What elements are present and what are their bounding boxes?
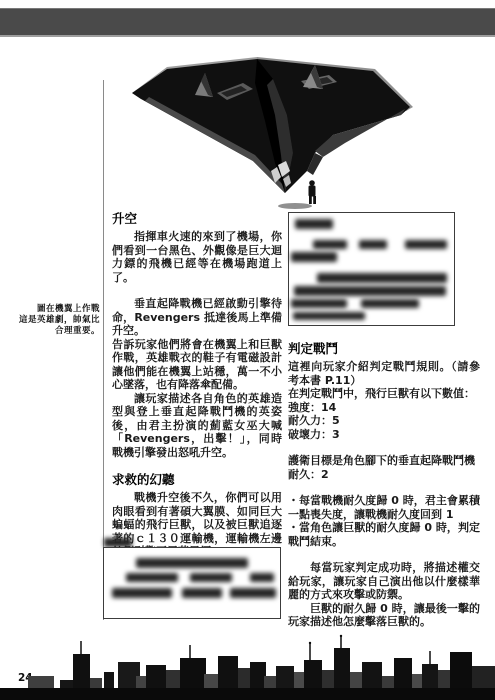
margin-caption-line: 合理重要。 <box>4 326 100 337</box>
stealth-bomber-illustration <box>105 45 475 210</box>
paragraph: 指揮車火速的來到了機場，你們看到一台黑色、外觀像是巨大迴力鏢的飛機已經等在機場跑… <box>112 230 282 284</box>
paragraph: 讓玩家描述各自角色的英雄造型與登上垂直起降戰鬥機的英姿後，由君主扮演的薊藍女巫大… <box>112 392 282 460</box>
person-leg <box>313 196 316 204</box>
paragraph: 告訴玩家他們將會在機翼上和巨獸作戰，英雄戰衣的鞋子有電磁設計讓他們能在機翼上站穩… <box>112 338 282 392</box>
paragraph: 護衛目標是角色腳下的垂直起降戰鬥機 <box>288 454 480 468</box>
section-heading-combat: 判定戰鬥 <box>288 341 480 357</box>
stat-line: 耐久：2 <box>288 468 480 482</box>
stat-line: 耐久力：5 <box>288 414 480 428</box>
redacted-box-top <box>288 212 455 326</box>
stat-line: 破壞力：3 <box>288 428 480 442</box>
chapter-banner <box>0 8 495 37</box>
margin-caption-line: 圖在機翼上作戰 <box>4 304 100 315</box>
redacted-text <box>104 538 132 547</box>
city-skyline-illustration <box>0 632 495 700</box>
paragraph: 這裡向玩家介紹判定戰鬥規則。（請參考本書 P.11） <box>288 360 480 387</box>
redacted-text <box>190 573 232 582</box>
margin-caption: 圖在機翼上作戰 這是英雄劇，帥氣比 合理重要。 <box>4 304 100 337</box>
redacted-text <box>291 252 337 262</box>
right-column: 判定戰鬥 這裡向玩家介紹判定戰鬥規則。（請參考本書 P.11） 在判定戰鬥中，飛… <box>288 341 480 629</box>
bullet-item: ・每當戰機耐久度歸 0 時，君主會累積一點喪失度，讓戰機耐久度回到 1 <box>288 494 480 521</box>
redacted-text <box>136 558 248 568</box>
bullet-item: ・當角色讓巨獸的耐久度歸 0 時，判定戰鬥結束。 <box>288 521 480 548</box>
redacted-text <box>313 240 347 249</box>
redacted-text <box>182 588 222 598</box>
section-heading-distress: 求救的幻聽 <box>112 472 282 488</box>
redacted-text <box>293 312 365 320</box>
book-page: 圖在機翼上作戰 這是英雄劇，帥氣比 合理重要。 升空 指揮車火速的來到了機場，你… <box>0 0 495 700</box>
redacted-text <box>126 573 178 582</box>
redacted-text <box>294 286 446 296</box>
redacted-text <box>359 240 387 249</box>
redacted-box-bottom <box>103 547 281 619</box>
redacted-text <box>291 299 347 308</box>
skyline-ground-bar <box>0 688 495 700</box>
redacted-text <box>230 588 276 598</box>
redacted-text <box>405 240 447 249</box>
paragraph: 在判定戰鬥中，飛行巨獸有以下數值： <box>288 387 480 401</box>
stat-line: 強度：14 <box>288 401 480 415</box>
margin-caption-line: 這是英雄劇，帥氣比 <box>4 315 100 326</box>
person-head <box>309 180 315 186</box>
section-heading-takeoff: 升空 <box>112 211 282 227</box>
paragraph: 每當玩家判定成功時，將描述權交給玩家，讓玩家自己演出他以什麼樣華麗的方式來攻擊或… <box>288 561 480 602</box>
redacted-text <box>361 299 419 308</box>
person-leg <box>309 196 312 204</box>
redacted-text <box>250 573 274 582</box>
redacted-text <box>317 273 447 283</box>
left-column: 升空 指揮車火速的來到了機場，你們看到一台黑色、外觀像是巨大迴力鏢的飛機已經等在… <box>112 211 282 559</box>
redacted-text <box>112 588 172 598</box>
paragraph: 巨獸的耐久歸 0 時，讓最後一擊的玩家描述他怎麼擊落巨獸的。 <box>288 602 480 629</box>
redacted-text <box>295 219 333 229</box>
person-body <box>309 186 316 197</box>
paragraph: 垂直起降戰機已經啟動引擎待命，Revengers 抵達後馬上準備升空。 <box>112 297 282 338</box>
person-shadow <box>278 203 312 209</box>
